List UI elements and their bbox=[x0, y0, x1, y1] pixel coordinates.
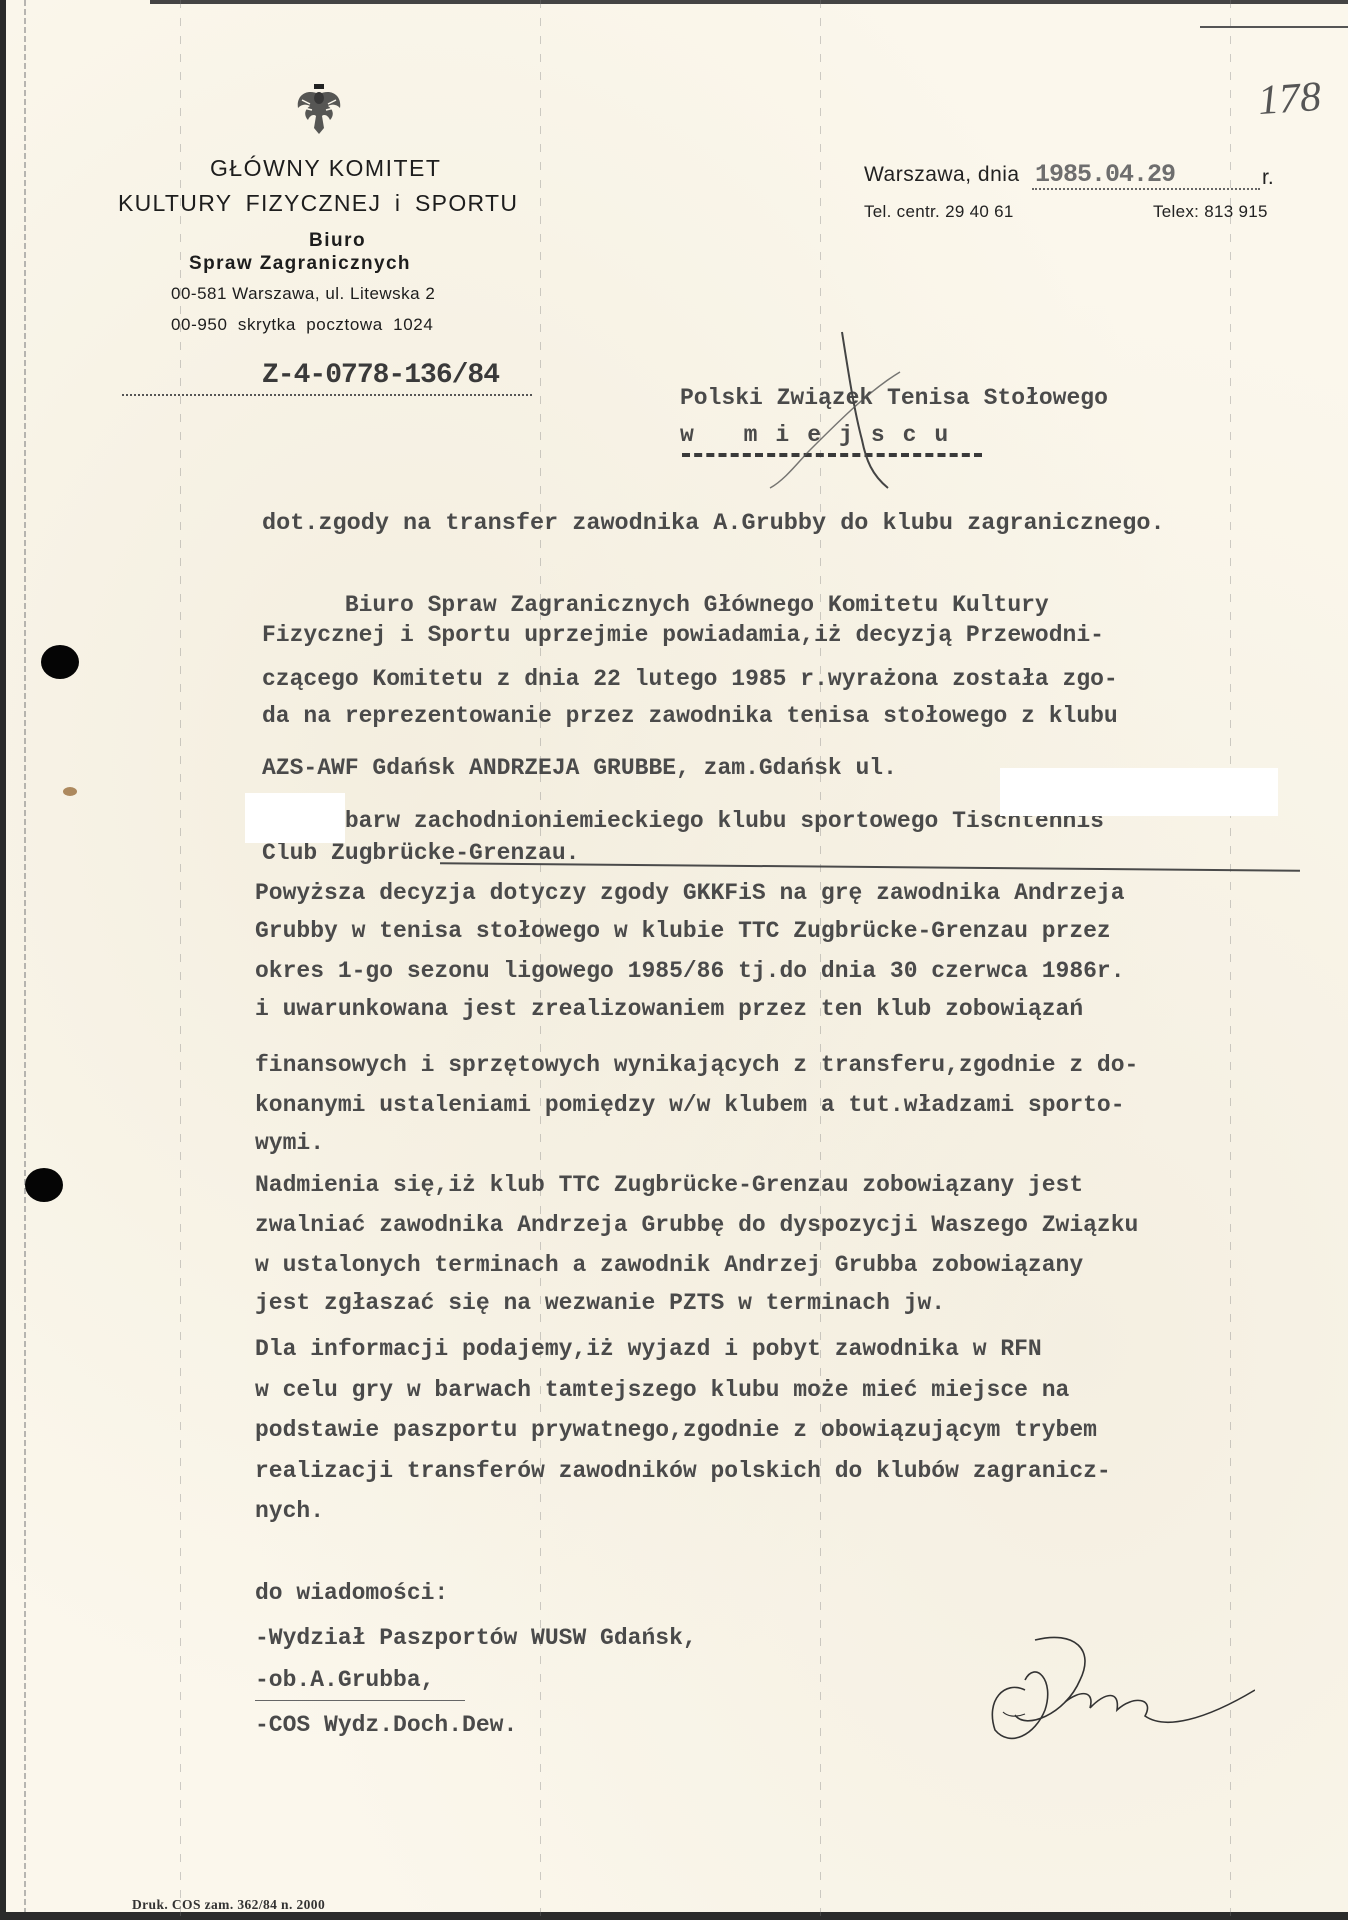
department-line1: Biuro bbox=[309, 230, 366, 252]
punch-hole-top bbox=[41, 645, 79, 679]
org-name-line1: GŁÓWNY KOMITET bbox=[210, 155, 441, 182]
paper-stain bbox=[63, 787, 77, 796]
date-label: Warszawa, dnia bbox=[864, 163, 1020, 187]
body-line: Fizycznej i Sportu uprzejmie powiadamia,… bbox=[262, 622, 1104, 648]
scan-top-edge bbox=[150, 0, 1348, 4]
pen-underline bbox=[255, 1700, 465, 1701]
body-line: Dla informacji podajemy,iż wyjazd i poby… bbox=[255, 1336, 1042, 1362]
handwritten-signature-icon bbox=[955, 1620, 1255, 1750]
date-suffix: r. bbox=[1262, 166, 1274, 190]
department-line2: Spraw Zagranicznych bbox=[189, 253, 411, 275]
address-line2: 00-950 skrytka pocztowa 1024 bbox=[171, 315, 433, 335]
org-name-line2: KULTURY FIZYCZNEJ i SPORTU bbox=[118, 190, 518, 217]
body-line: w ustalonych terminach a zawodnik Andrze… bbox=[255, 1252, 1083, 1278]
redaction-block bbox=[1000, 768, 1278, 816]
body-line: jest zgłaszać się na wezwanie PZTS w ter… bbox=[255, 1290, 945, 1316]
scan-left-edge bbox=[0, 0, 6, 1920]
subject-line: dot.zgody na transfer zawodnika A.Grubby… bbox=[262, 510, 1165, 537]
body-line: Powyższa decyzja dotyczy zgody GKKFiS na… bbox=[255, 880, 1125, 906]
pencil-cross-mark-icon bbox=[740, 330, 960, 490]
date-stamp: 1985.04.29 bbox=[1035, 160, 1175, 189]
distribution-item: -COS Wydz.Doch.Dew. bbox=[255, 1712, 517, 1738]
body-line: w celu gry w barwach tamtejszego klubu m… bbox=[255, 1377, 1069, 1403]
pen-underline bbox=[440, 862, 1300, 872]
reference-dotted-line bbox=[122, 394, 532, 396]
telex-number: Telex: 813 915 bbox=[1153, 202, 1268, 222]
body-line: podstawie paszportu prywatnego,zgodnie z… bbox=[255, 1417, 1097, 1443]
body-line: Biuro Spraw Zagranicznych Głównego Komit… bbox=[262, 592, 1049, 618]
distribution-item: -Wydział Paszportów WUSW Gdańsk, bbox=[255, 1625, 697, 1651]
scan-top-edge-secondary bbox=[1200, 26, 1348, 28]
scanned-letter-page: GŁÓWNY KOMITET KULTURY FIZYCZNEJ i SPORT… bbox=[0, 0, 1348, 1920]
distribution-heading: do wiadomości: bbox=[255, 1580, 448, 1606]
reference-number: Z-4-0778-136/84 bbox=[262, 360, 499, 391]
handwritten-page-number: 178 bbox=[1256, 73, 1322, 125]
body-line: wymi. bbox=[255, 1130, 324, 1156]
printer-footer: Druk. COS zam. 362/84 n. 2000 bbox=[132, 1897, 325, 1913]
body-line: da na reprezentowanie przez zawodnika te… bbox=[262, 703, 1118, 729]
body-line: konanymi ustaleniami pomiędzy w/w klubem… bbox=[255, 1092, 1125, 1118]
body-line: barw zachodnioniemieckiego klubu sportow… bbox=[262, 808, 1104, 834]
body-line: Nadmienia się,iż klub TTC Zugbrücke-Gren… bbox=[255, 1172, 1083, 1198]
address-line1: 00-581 Warszawa, ul. Litewska 2 bbox=[171, 284, 435, 304]
redaction-block bbox=[245, 793, 345, 843]
phone-number: Tel. centr. 29 40 61 bbox=[864, 202, 1014, 222]
body-line: czącego Komitetu z dnia 22 lutego 1985 r… bbox=[262, 666, 1118, 692]
body-line: realizacji transferów zawodników polskic… bbox=[255, 1458, 1111, 1484]
body-line: finansowych i sprzętowych wynikających z… bbox=[255, 1052, 1138, 1078]
distribution-item: -ob.A.Grubba, bbox=[255, 1667, 434, 1693]
polish-eagle-emblem-icon bbox=[292, 82, 346, 136]
punch-hole-bottom bbox=[25, 1168, 63, 1202]
body-line: AZS-AWF Gdańsk ANDRZEJA GRUBBE, zam.Gdań… bbox=[262, 755, 897, 781]
body-line: Grubby w tenisa stołowego w klubie TTC Z… bbox=[255, 918, 1111, 944]
scan-bottom-edge bbox=[0, 1912, 1348, 1920]
body-line: zwalniać zawodnika Andrzeja Grubbę do dy… bbox=[255, 1212, 1138, 1238]
body-line: i uwarunkowana jest zrealizowaniem przez… bbox=[255, 996, 1083, 1022]
body-line: okres 1-go sezonu ligowego 1985/86 tj.do… bbox=[255, 958, 1125, 984]
date-dotted-line bbox=[1032, 188, 1260, 190]
body-line: nych. bbox=[255, 1498, 324, 1524]
paper-fold-line bbox=[24, 0, 26, 1920]
